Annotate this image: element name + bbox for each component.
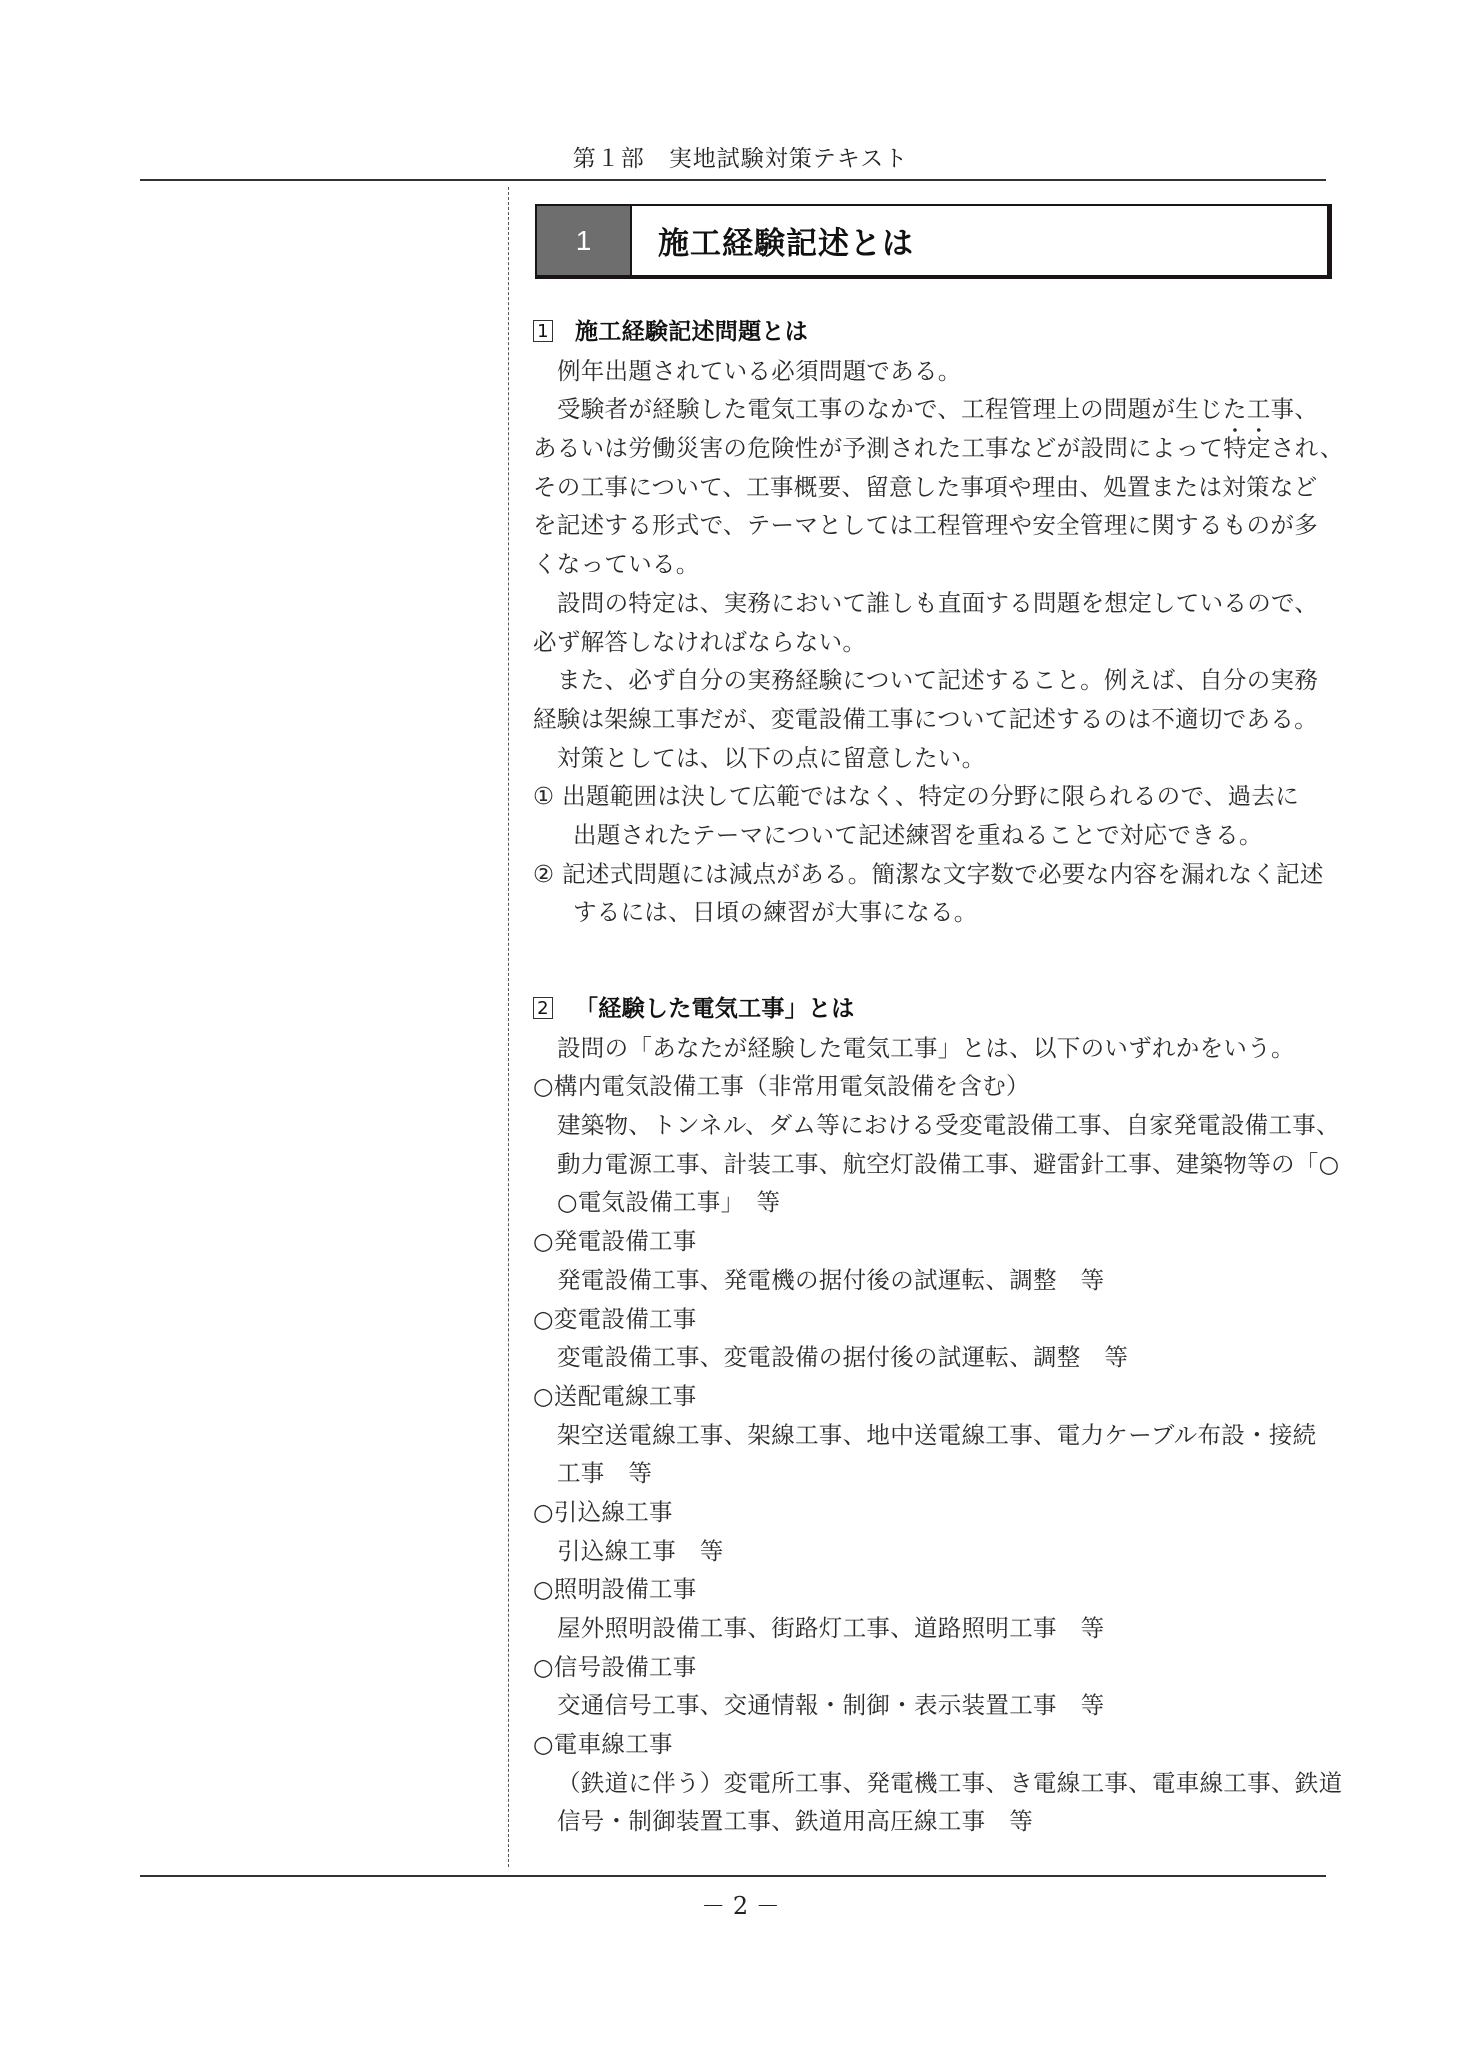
text-line: 工事 等: [533, 1454, 1328, 1493]
text-segment: あるいは労働災害の危険性が予測された工事などが設問によって: [533, 434, 1223, 462]
section-number-box: 2: [533, 997, 553, 1019]
text-line: ○引込線工事: [533, 1493, 1328, 1532]
text-line: ② 記述式問題には減点がある。簡潔な文字数で必要な内容を漏れなく記述: [533, 855, 1328, 894]
text-line: ① 出題範囲は決して広範ではなく、特定の分野に限られるので、過去に: [533, 777, 1328, 816]
text-line: 出題されたテーマについて記述練習を重ねることで対応できる。: [533, 816, 1328, 855]
header-rule: [140, 179, 1326, 181]
text-line: 対策としては、以下の点に留意したい。: [533, 739, 1328, 778]
column-divider: [508, 187, 509, 1867]
text-line: 受験者が経験した電気工事のなかで、工程管理上の問題が生じた工事、: [533, 390, 1328, 429]
text-line: 設問の「あなたが経験した電気工事」とは、以下のいずれかをいう。: [533, 1029, 1328, 1068]
text-line: を記述する形式で、テーマとしては工程管理や安全管理に関するものが多: [533, 506, 1328, 545]
text-line: ○変電設備工事: [533, 1300, 1328, 1339]
section-2-body: 設問の「あなたが経験した電気工事」とは、以下のいずれかをいう。○構内電気設備工事…: [533, 1029, 1328, 1841]
section-number-box: 1: [533, 320, 553, 342]
section-heading: 2「経験した電気工事」とは: [533, 990, 1328, 1029]
emphasis-char: 特: [1223, 434, 1247, 462]
text-line: ○送配電線工事: [533, 1377, 1328, 1416]
text-line: 引込線工事 等: [533, 1532, 1328, 1571]
main-content: 1施工経験記述問題とは 例年出題されている必須問題である。受験者が経験した電気工…: [533, 313, 1328, 1841]
text-line: ○電気設備工事」 等: [533, 1183, 1328, 1222]
text-line: ○信号設備工事: [533, 1648, 1328, 1687]
text-line: 経験は架線工事だが、変電設備工事について記述するのは不適切である。: [533, 700, 1328, 739]
section-gap: [533, 932, 1328, 990]
text-line: くなっている。: [533, 545, 1328, 584]
text-line: 変電設備工事、変電設備の据付後の試運転、調整 等: [533, 1338, 1328, 1377]
text-line: ○発電設備工事: [533, 1222, 1328, 1261]
text-line: ○電車線工事: [533, 1725, 1328, 1764]
text-line: 設問の特定は、実務において誰しも直面する問題を想定しているので、: [533, 584, 1328, 623]
section-heading-text: 「経験した電気工事」とは: [575, 996, 855, 1022]
text-line: 動力電源工事、計装工事、航空灯設備工事、避雷針工事、建築物等の「○: [533, 1145, 1328, 1184]
section-heading: 1施工経験記述問題とは: [533, 313, 1328, 352]
text-line: 発電設備工事、発電機の据付後の試運転、調整 等: [533, 1261, 1328, 1300]
text-line: ○照明設備工事: [533, 1570, 1328, 1609]
text-line: ○構内電気設備工事（非常用電気設備を含む）: [533, 1067, 1328, 1106]
text-line: 交通信号工事、交通情報・制御・表示装置工事 等: [533, 1686, 1328, 1725]
text-line: また、必ず自分の実務経験について記述すること。例えば、自分の実務: [533, 661, 1328, 700]
running-head: 第１部 実地試験対策テキスト: [0, 140, 1481, 173]
text-line: その工事について、工事概要、留意した事項や理由、処置または対策など: [533, 468, 1328, 507]
text-line: 架空送電線工事、架線工事、地中送電線工事、電力ケーブル布設・接続: [533, 1416, 1328, 1455]
chapter-title-box: 1 施工経験記述とは: [535, 204, 1332, 279]
text-line: （鉄道に伴う）変電所工事、発電機工事、き電線工事、電車線工事、鉄道: [533, 1764, 1328, 1803]
text-line: 建築物、トンネル、ダム等における受変電設備工事、自家発電設備工事、: [533, 1106, 1328, 1145]
page-number: － 2 －: [0, 1886, 1481, 1921]
emphasis-char: 定: [1247, 434, 1271, 462]
text-line: あるいは労働災害の危険性が予測された工事などが設問によって特定され、: [533, 429, 1328, 468]
text-line: 信号・制御装置工事、鉄道用高圧線工事 等: [533, 1802, 1328, 1841]
text-line: 必ず解答しなければならない。: [533, 623, 1328, 662]
text-segment: され、: [1271, 434, 1344, 462]
chapter-number: 1: [537, 206, 632, 275]
section-heading-text: 施工経験記述問題とは: [575, 319, 808, 345]
footer-rule: [140, 1875, 1326, 1877]
text-line: 屋外照明設備工事、街路灯工事、道路照明工事 等: [533, 1609, 1328, 1648]
chapter-title: 施工経験記述とは: [632, 206, 1327, 275]
section-1-body: 例年出題されている必須問題である。受験者が経験した電気工事のなかで、工程管理上の…: [533, 352, 1328, 932]
text-line: するには、日頃の練習が大事になる。: [533, 893, 1328, 932]
text-line: 例年出題されている必須問題である。: [533, 352, 1328, 391]
